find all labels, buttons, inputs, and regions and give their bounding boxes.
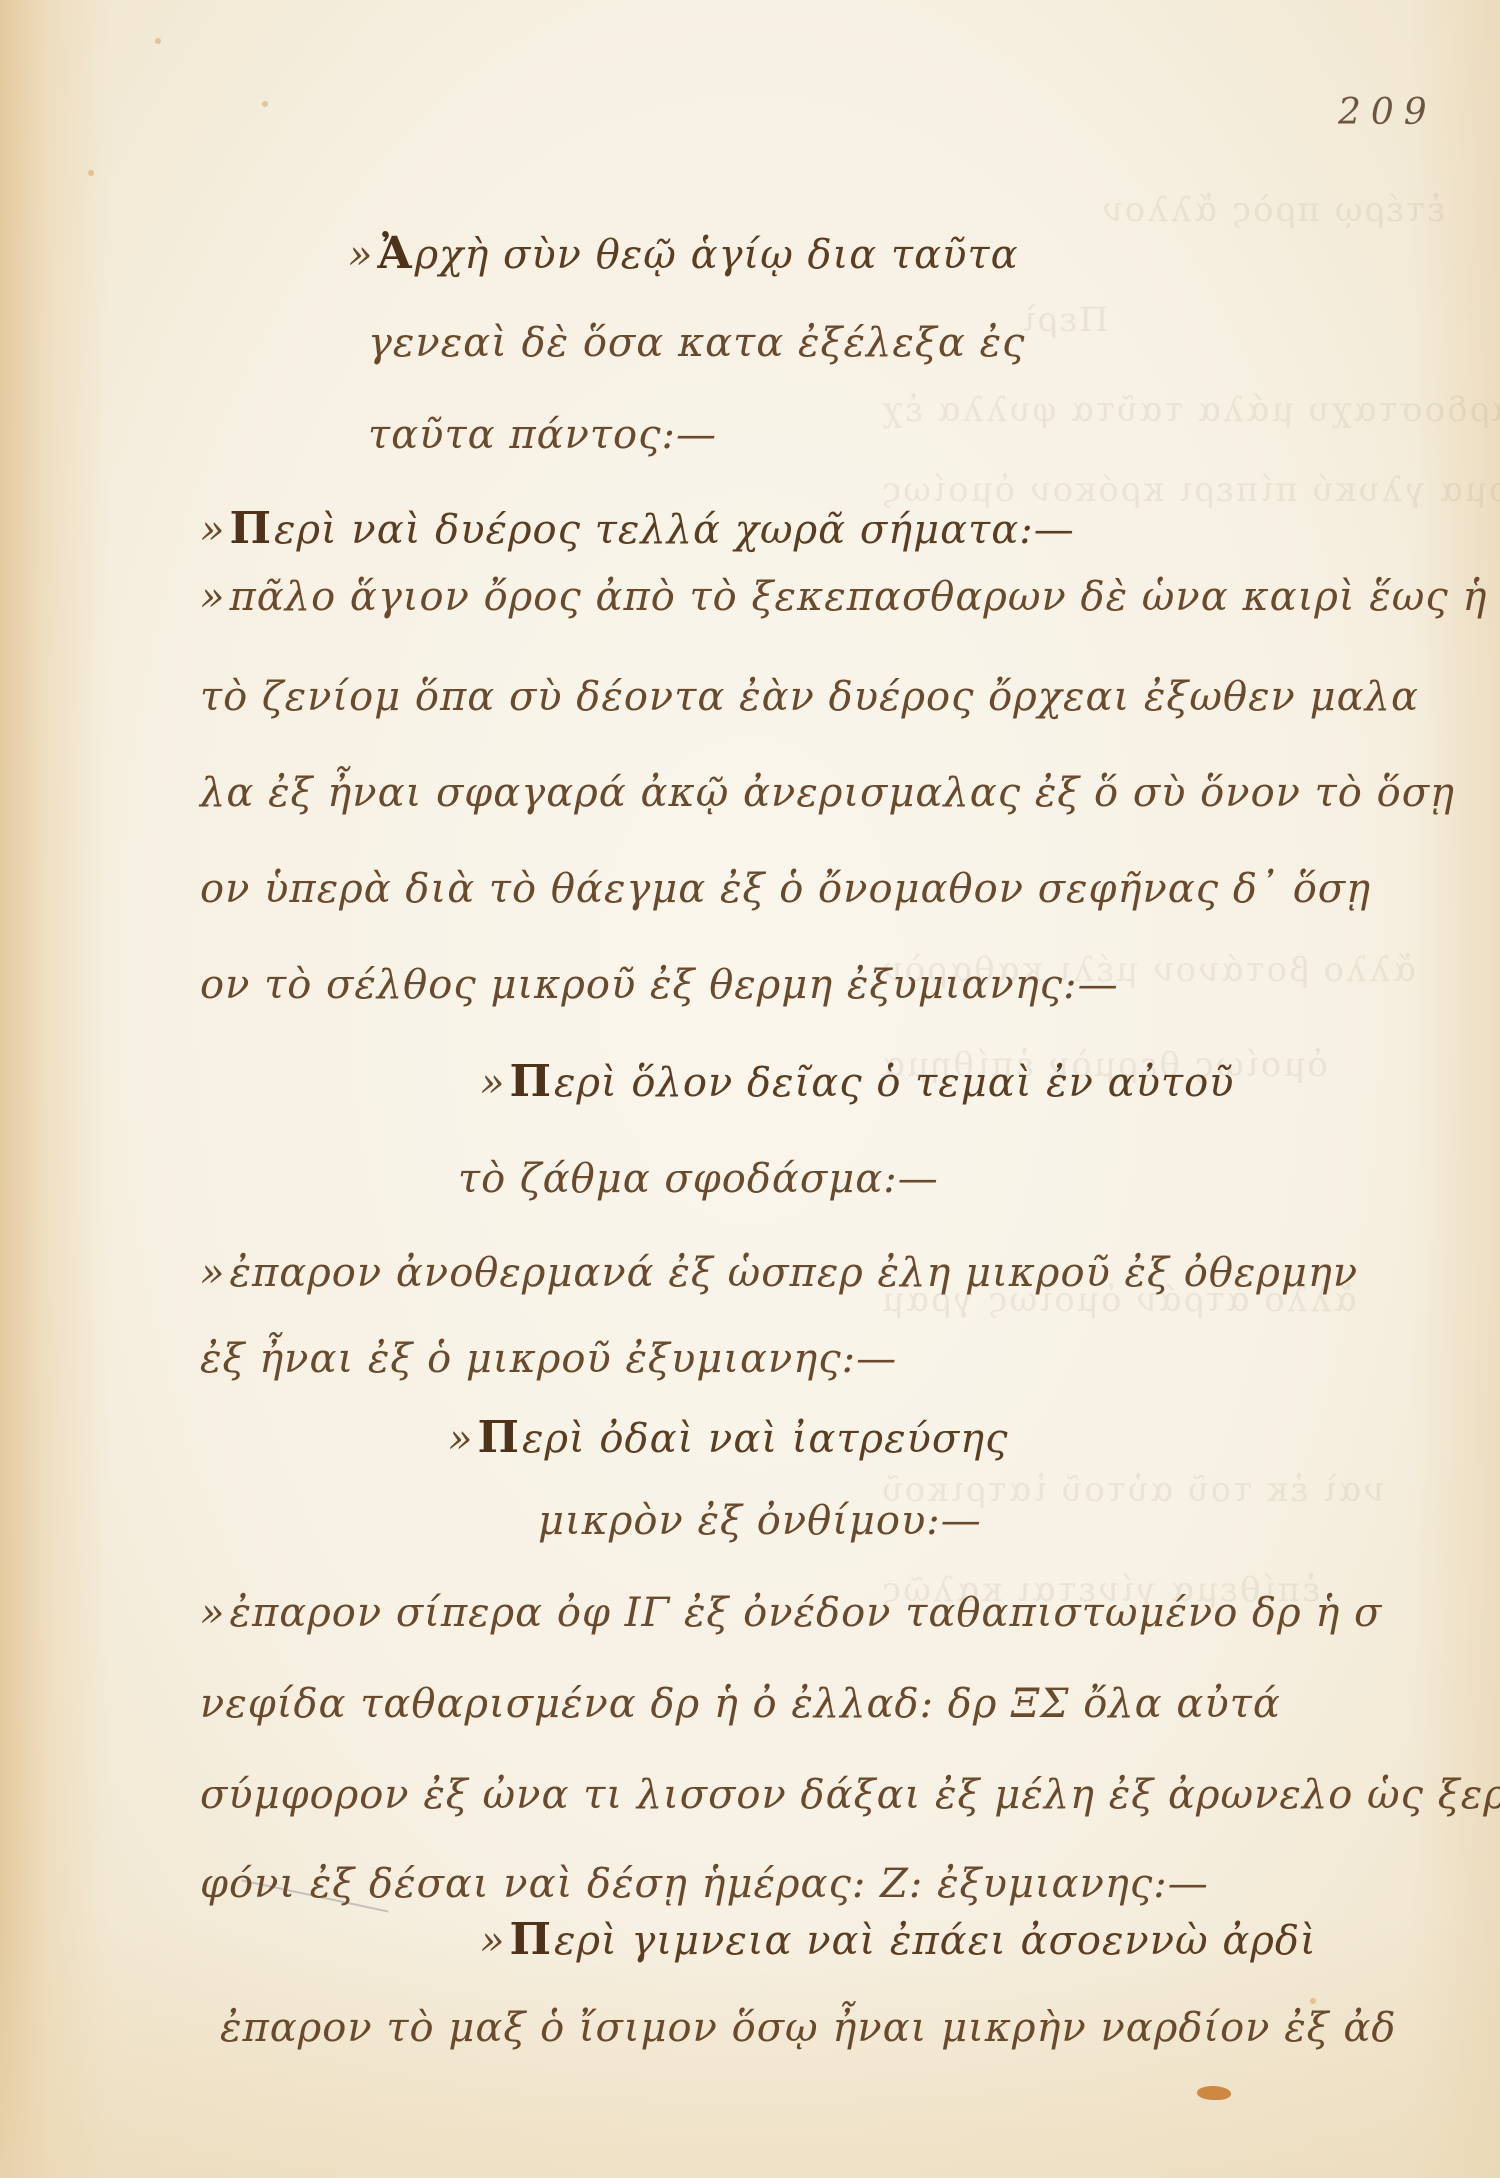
line-marker: »: [348, 232, 373, 278]
line-text: ταῦτα πάντος:—: [368, 412, 717, 458]
line-marker: »: [480, 1918, 505, 1964]
manuscript-line: λα ἐξ ἦναι σφαγαρά ἀκῷ ἀνερισμαλας ἐξ ὅ …: [200, 770, 1455, 816]
line-text: ρχὴ σὺν θεῷ ἁγίῳ δια ταῦτα: [415, 232, 1019, 278]
line-text: γενεαὶ δὲ ὅσα κατα ἐξέλεξα ἐς: [368, 320, 1025, 366]
line-text: ον τὸ σέλθος μικροῦ ἐξ θερμη ἐξυμιανης:—: [200, 962, 1119, 1008]
line-text: νεφίδα ταθαρισμένα δρ ἡ ὀ ἐλλαδ: δρ ΞΣ ὄ…: [200, 1681, 1281, 1727]
manuscript-line: »ἐπαρον ἀνοθερμανά ἐξ ὡσπερ ἐλη μικροῦ ἐ…: [200, 1250, 1358, 1296]
decorated-initial: Π: [509, 1914, 552, 1965]
line-text: ἐπαρον ἀνοθερμανά ἐξ ὡσπερ ἐλη μικροῦ ἐξ…: [229, 1250, 1358, 1296]
manuscript-line: »Περὶ ὅλον δεῖας ὁ τεμαὶ ἐν αὐτοῦ: [480, 1056, 1234, 1107]
line-text: λα ἐξ ἦναι σφαγαρά ἀκῷ ἀνερισμαλας ἐξ ὅ …: [200, 770, 1455, 816]
line-marker: »: [200, 1590, 225, 1636]
manuscript-line: »Ἀρχὴ σὺν θεῷ ἁγίῳ δια ταῦτα: [348, 228, 1019, 279]
manuscript-line: σύμφορον ἐξ ὠνα τι λισσον δάξαι ἐξ μέλη …: [200, 1772, 1500, 1818]
manuscript-line: τὸ ζενίομ ὅπα σὺ δέοντα ἐὰν δυέρος ὄρχεα…: [200, 674, 1419, 720]
line-text: ερὶ ναὶ δυέρος τελλά χωρᾶ σήματα:—: [274, 507, 1075, 553]
line-marker: »: [480, 1060, 505, 1106]
line-text: ερὶ γιμνεια ναὶ ἐπάει ἀσοεννὼ ἀρδὶ: [554, 1918, 1317, 1964]
line-text: ἐπαρον τὸ μαξ ὁ ἴσιμον ὅσῳ ἦναι μικρὴν ν…: [220, 2005, 1397, 2051]
line-text: φόνι ἐξ δέσαι ναὶ δέσῃ ἡμέρας: Ζ: ἐξυμια…: [200, 1861, 1209, 1907]
manuscript-line: ον τὸ σέλθος μικροῦ ἐξ θερμη ἐξυμιανης:—: [200, 962, 1119, 1008]
line-text: πᾶλο ἅγιον ὄρος ἀπὸ τὸ ξεκεπασθαρων δὲ ὡ…: [229, 574, 1487, 620]
decorated-initial: Ἀ: [377, 228, 412, 279]
manuscript-line: ταῦτα πάντος:—: [368, 412, 717, 458]
line-marker: »: [448, 1416, 473, 1462]
manuscript-line: μικρὸν ἐξ ὀνθίμου:—: [538, 1498, 982, 1544]
decorated-initial: Π: [509, 1056, 552, 1107]
manuscript-line: ἐπαρον τὸ μαξ ὁ ἴσιμον ὅσῳ ἦναι μικρὴν ν…: [220, 2005, 1397, 2051]
manuscript-page: ἑτέρῳ πρὸς ἄλλον Περὶ ναρδοσταχυ μάλα τα…: [0, 0, 1500, 2178]
manuscript-line: »Περὶ γιμνεια ναὶ ἐπάει ἀσοεννὼ ἀρδὶ: [480, 1914, 1317, 1965]
line-marker: »: [200, 1250, 225, 1296]
manuscript-line: τὸ ζάθμα σφοδάσμα:—: [458, 1156, 939, 1202]
manuscript-line: φόνι ἐξ δέσαι ναὶ δέσῃ ἡμέρας: Ζ: ἐξυμια…: [200, 1861, 1209, 1907]
manuscript-line: γενεαὶ δὲ ὅσα κατα ἐξέλεξα ἐς: [368, 320, 1025, 366]
manuscript-line: ἐξ ἦναι ἐξ ὁ μικροῦ ἐξυμιανης:—: [200, 1336, 897, 1382]
line-marker: »: [200, 574, 225, 620]
line-text: τὸ ζάθμα σφοδάσμα:—: [458, 1156, 939, 1202]
manuscript-line: »Περὶ ναὶ δυέρος τελλά χωρᾶ σήματα:—: [200, 503, 1075, 554]
manuscript-line: »Περὶ ὀδαὶ ναὶ ἰατρεύσης: [448, 1412, 1009, 1463]
manuscript-line: ον ὑπερὰ διὰ τὸ θάεγμα ἐξ ὁ ὄνομαθον σεφ…: [200, 866, 1371, 912]
line-text: μικρὸν ἐξ ὀνθίμου:—: [538, 1498, 982, 1544]
line-text: τὸ ζενίομ ὅπα σὺ δέοντα ἐὰν δυέρος ὄρχεα…: [200, 674, 1419, 720]
line-text: ἐξ ἦναι ἐξ ὁ μικροῦ ἐξυμιανης:—: [200, 1336, 897, 1382]
folio-number: 209: [1338, 92, 1437, 133]
line-text: ἐπαρον σίπερα ὀφ ΙΓ ἐξ ὀνέδον ταθαπιστωμ…: [229, 1590, 1382, 1636]
line-text: ον ὑπερὰ διὰ τὸ θάεγμα ἐξ ὁ ὄνομαθον σεφ…: [200, 866, 1371, 912]
line-marker: »: [200, 507, 225, 553]
manuscript-line: νεφίδα ταθαρισμένα δρ ἡ ὀ ἐλλαδ: δρ ΞΣ ὄ…: [200, 1681, 1281, 1727]
line-text: ερὶ ὅλον δεῖας ὁ τεμαὶ ἐν αὐτοῦ: [554, 1060, 1234, 1106]
decorated-initial: Π: [477, 1412, 520, 1463]
manuscript-line: »πᾶλο ἅγιον ὄρος ἀπὸ τὸ ξεκεπασθαρων δὲ …: [200, 574, 1487, 620]
decorated-initial: Π: [229, 503, 272, 554]
line-text: ερὶ ὀδαὶ ναὶ ἰατρεύσης: [522, 1416, 1008, 1462]
line-text: σύμφορον ἐξ ὠνα τι λισσον δάξαι ἐξ μέλη …: [200, 1772, 1500, 1818]
manuscript-line: »ἐπαρον σίπερα ὀφ ΙΓ ἐξ ὀνέδον ταθαπιστω…: [200, 1590, 1382, 1636]
